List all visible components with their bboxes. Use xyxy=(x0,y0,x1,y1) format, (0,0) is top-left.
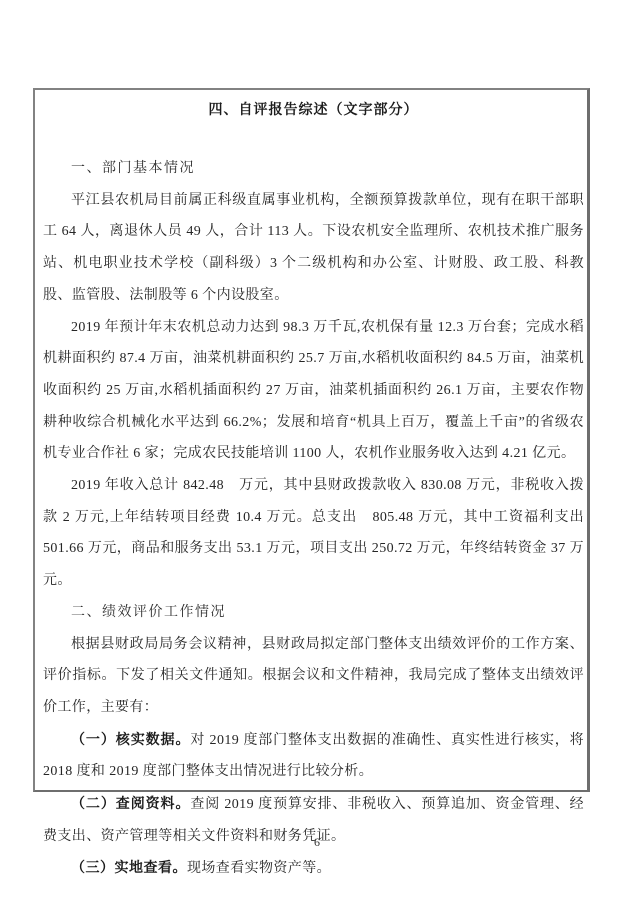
paragraph-lead: （三）实地查看。 xyxy=(71,859,187,875)
report-title: 四、自评报告综述（文字部分） xyxy=(43,100,584,119)
body-paragraph: 根据县财政局局务会议精神，县财政局拟定部门整体支出绩效评价的工作方案、评价指标。… xyxy=(43,629,584,724)
paragraph-text: 现场查看实物资产等。 xyxy=(187,861,331,876)
report-body: 一、部门基本情况 平江县农机局目前属正科级直属事业机构，全额预算拨款单位，现有在… xyxy=(43,153,584,885)
report-frame: 四、自评报告综述（文字部分） 一、部门基本情况 平江县农机局目前属正科级直属事业… xyxy=(33,88,590,792)
section-heading-1: 一、部门基本情况 xyxy=(43,153,584,185)
section-heading-2: 二、绩效评价工作情况 xyxy=(43,597,584,629)
paragraph-lead: （二）查阅资料。 xyxy=(71,795,190,811)
page-number: 6 xyxy=(0,835,634,850)
body-paragraph-item-3: （三）实地查看。现场查看实物资产等。 xyxy=(43,852,584,885)
body-paragraph-item-1: （一）核实数据。对 2019 度部门整体支出数据的准确性、真实性进行核实，将 2… xyxy=(43,724,584,788)
body-paragraph: 2019 年预计年末农机总动力达到 98.3 万千瓦,农机保有量 12.3 万台… xyxy=(43,312,584,471)
paragraph-lead: （一）核实数据。 xyxy=(71,731,190,747)
body-paragraph: 平江县农机局目前属正科级直属事业机构，全额预算拨款单位，现有在职干部职工 64 … xyxy=(43,185,584,312)
body-paragraph: 2019 年收入总计 842.48 万元，其中县财政拨款收入 830.08 万元… xyxy=(43,470,584,597)
